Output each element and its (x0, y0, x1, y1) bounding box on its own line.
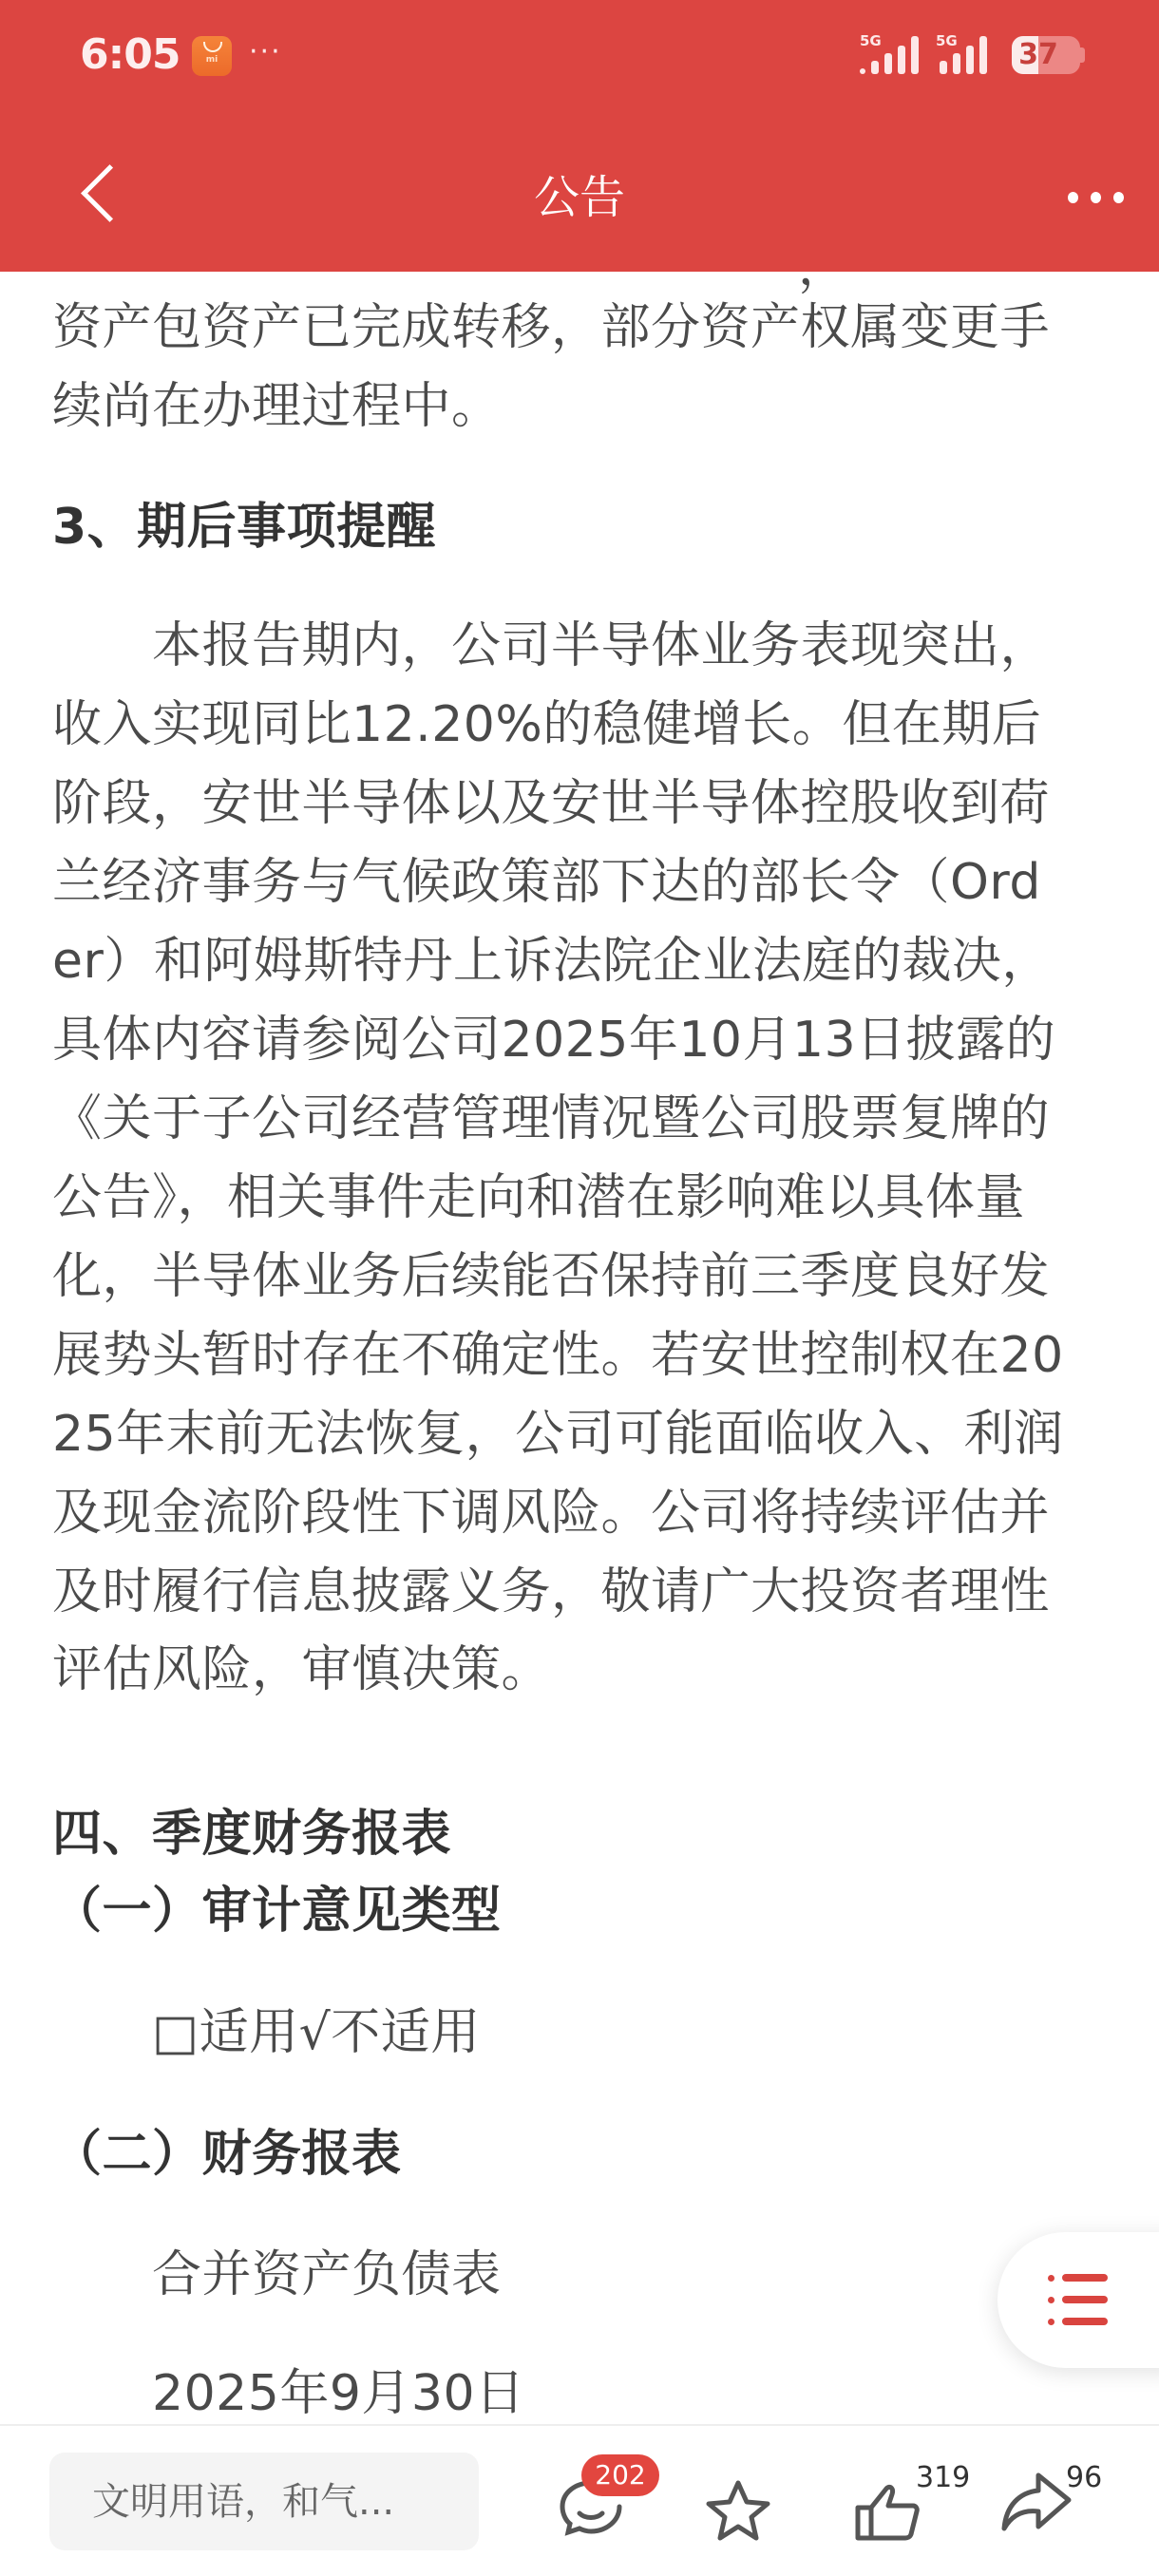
battery-level: 37 (1012, 36, 1065, 74)
paragraph-line: 25年末前无法恢复，公司可能面临收入、利润 (52, 1406, 1064, 1463)
status-time: 6:05 (80, 34, 180, 76)
signal-1-icon: 5G (860, 32, 936, 74)
sub-heading-audit-opinion: （一）审计意见类型 (52, 1883, 502, 1940)
paragraph-line: 本报告期内，公司半导体业务表现突出， (152, 617, 1050, 674)
comments-count-badge: 202 (581, 2454, 659, 2496)
battery-tip (1080, 47, 1085, 63)
table-of-contents-button[interactable] (997, 2232, 1159, 2368)
more-horizontal-icon (1068, 192, 1078, 203)
audit-opinion-value: □适用√不适用 (152, 2004, 481, 2061)
battery-icon: 37 (1012, 36, 1080, 74)
paragraph-line: 具体内容请参阅公司2025年10月13日披露的 (52, 1012, 1055, 1069)
thumbs-up-icon (854, 2481, 921, 2542)
paragraph-line: er）和阿姆斯特丹上诉法院企业法庭的裁决， (52, 933, 1052, 990)
share-forward-icon (1000, 2472, 1073, 2532)
like-button[interactable] (854, 2481, 921, 2542)
signal-2-icon: 5G (936, 32, 1012, 74)
sub-heading-financial-statements: （二）财务报表 (52, 2126, 402, 2183)
paragraph-line: 公告》，相关事件走向和潜在影响难以具体量 (52, 1169, 1025, 1226)
paragraph-line: 兰经济事务与气候政策部下达的部长令（Ord (52, 854, 1041, 911)
likes-count: 319 (916, 2464, 970, 2492)
page-title: 公告 (0, 169, 1159, 226)
notification-more-icon: ··· (249, 38, 282, 66)
statement-title: 合并资产负债表 (152, 2246, 502, 2303)
more-options-button[interactable] (1054, 179, 1140, 217)
intro-line-2: 续尚在办理过程中。 (52, 378, 502, 435)
bottom-action-bar: 文明用语，和气... 202 319 96 (0, 2424, 1159, 2576)
paragraph-line: 评估风险，审慎决策。 (52, 1641, 551, 1698)
paragraph-line: 化，半导体业务后续能否保持前三季度良好发 (52, 1248, 1050, 1305)
favorite-button[interactable] (705, 2479, 771, 2542)
statement-date: 2025年9月30日 (152, 2365, 525, 2422)
comment-placeholder: 文明用语，和气... (92, 2479, 394, 2525)
paragraph-line: 展势头暂时存在不确定性。若安世控制权在20 (52, 1327, 1064, 1384)
top-app-bar: 6:05 mi ··· 5G 5G 37 公告 (0, 0, 1159, 272)
intro-line-1: 资产包资产已完成转移，部分资产权属变更手 (52, 299, 1050, 356)
paragraph-line: 及现金流阶段性下调风险。公司将持续评估并 (52, 1485, 1050, 1542)
xiaomi-store-icon: mi (192, 36, 232, 76)
paragraph-line: 及时履行信息披露义务，敬请广大投资者理性 (52, 1563, 1050, 1620)
share-button[interactable] (1000, 2472, 1073, 2532)
star-icon (705, 2479, 771, 2542)
comment-input[interactable]: 文明用语，和气... (49, 2453, 479, 2550)
paragraph-line: 收入实现同比12.20%的稳健增长。但在期后 (52, 696, 1041, 753)
paragraph-line: 《关于子公司经营管理情况暨公司股票复牌的 (52, 1090, 1050, 1147)
section-3-heading: 3、期后事项提醒 (52, 499, 436, 556)
paragraph-line: 阶段，安世半导体以及安世半导体控股收到荷 (52, 775, 1050, 832)
shares-count: 96 (1066, 2464, 1102, 2492)
section-4-heading: 四、季度财务报表 (52, 1806, 451, 1863)
